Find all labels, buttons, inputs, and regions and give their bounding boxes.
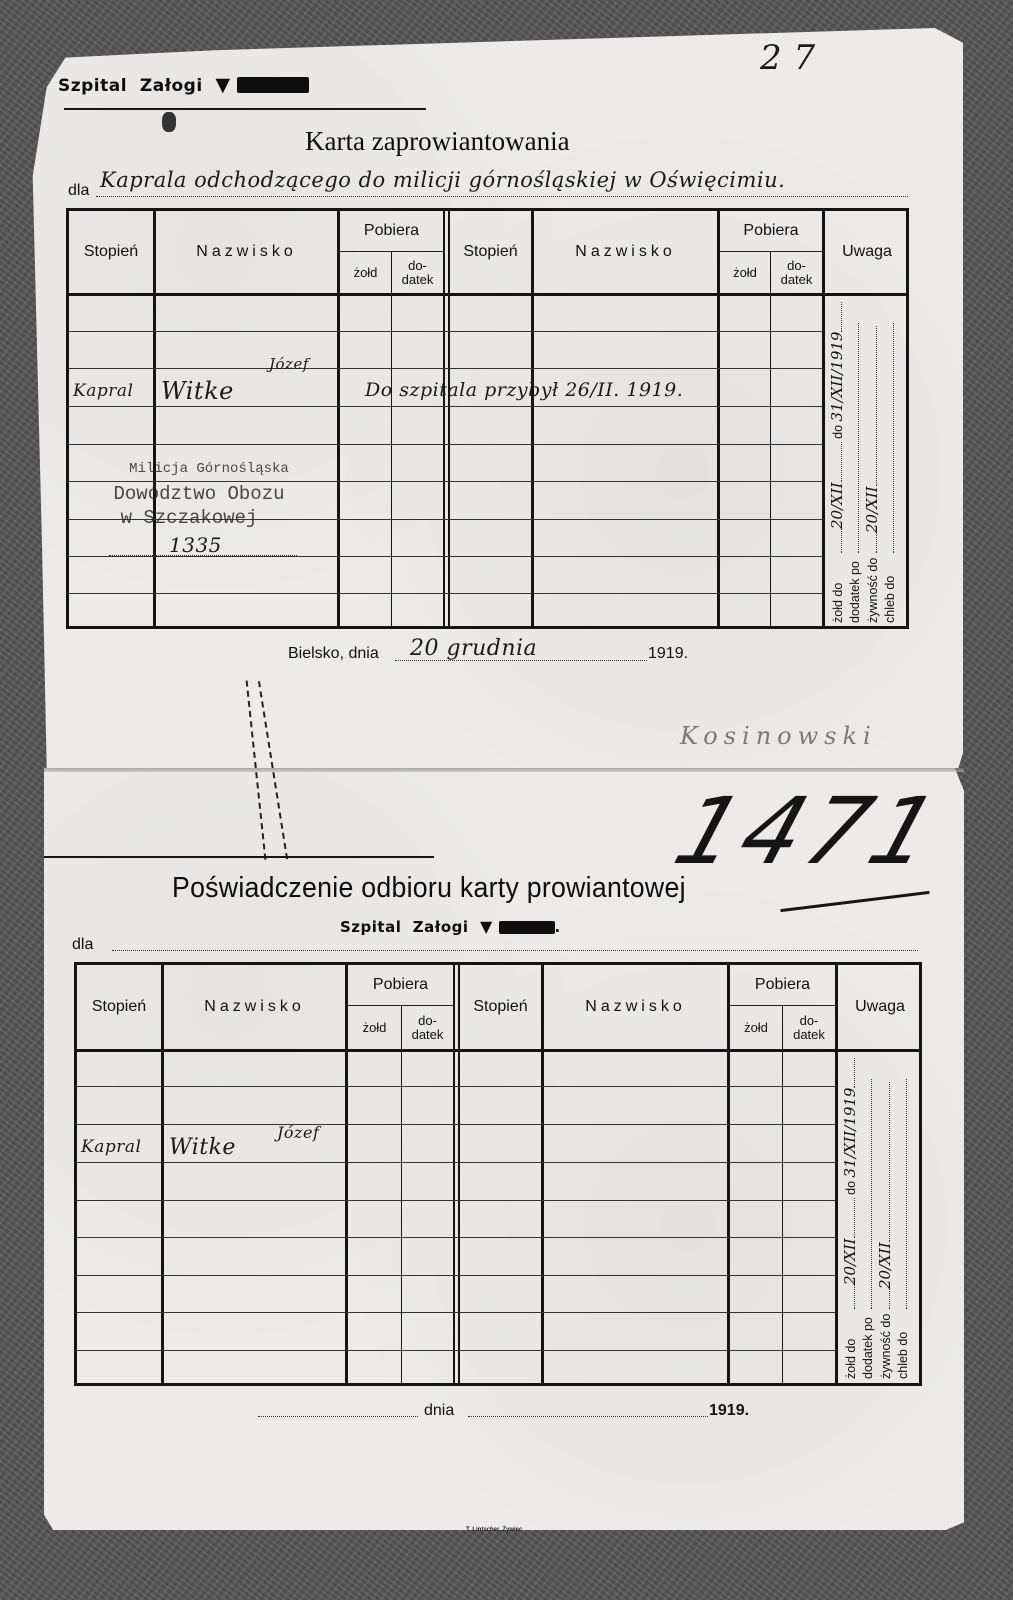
militia-stamp-line1: Milicja Górnośląska: [89, 461, 329, 477]
militia-stamp-line2: Dowództwo Obozu: [79, 483, 319, 505]
header-surname: Nazwisko: [156, 211, 337, 293]
for-field-line: [96, 196, 908, 197]
row-line: [77, 1275, 835, 1276]
remarks-supplement-label: dodatek po: [847, 553, 864, 623]
header-supplement: do- datek: [392, 252, 443, 293]
remarks-pay-value: 20/XII: [829, 482, 846, 529]
remarks-food-value: 20/XII: [864, 486, 881, 533]
row-line: [69, 481, 822, 482]
militia-stamp-number: 1335: [169, 533, 222, 557]
ink-blot: [162, 112, 176, 132]
col-divider: [782, 1005, 783, 1383]
receipt-title: Poświadczenie odbioru karty prowiantowej: [172, 872, 686, 905]
remarks-pay-label: żołd do: [843, 1309, 860, 1379]
row-line: [69, 406, 822, 407]
header-receives-2: Pobiera: [720, 211, 822, 251]
stamp-underline: [64, 108, 426, 110]
remarks-bread-label: chleb do: [895, 1309, 912, 1379]
col-divider: [770, 251, 771, 626]
entry-rank: Kapral: [73, 381, 133, 401]
row-line: [69, 444, 822, 445]
militia-stamp-line3: w Szczakowej: [89, 507, 289, 529]
card-title: Karta zaprowiantowania: [305, 126, 570, 157]
place-date-label: Bielsko, dnia: [288, 645, 379, 663]
remarks-pay-to: do: [843, 1181, 860, 1195]
row-line: [77, 1350, 835, 1351]
row-line: [77, 1237, 835, 1238]
col-divider: [391, 251, 392, 626]
receipt-top-rule: [44, 856, 434, 858]
header-rank: Stopień: [77, 965, 161, 1049]
receipt-place-field[interactable]: [258, 1416, 418, 1417]
date-value: 20 grudnia: [410, 636, 537, 661]
remarks-food-label: żywność do: [865, 553, 882, 623]
header-receives-2: Pobiera: [730, 965, 835, 1005]
header-pay-2: żołd: [730, 1006, 782, 1049]
receipt-for-label: dla: [72, 936, 93, 954]
header-remarks: Uwaga: [825, 211, 909, 293]
for-field-value: Kaprala odchodzącego do milicji górnoślą…: [100, 168, 785, 192]
remarks-pay-to-value: 31/XII/1919: [842, 1088, 859, 1178]
entry-surname: Witke: [169, 1135, 236, 1160]
row-line: [69, 368, 822, 369]
header-surname-2: Nazwisko: [544, 965, 727, 1049]
remarks-food-label: żywność do: [878, 1309, 895, 1379]
header-bottom-rule: [77, 1049, 919, 1052]
receipt-date-field[interactable]: [468, 1416, 708, 1417]
header-receives: Pobiera: [340, 211, 443, 251]
hospital-stamp: Szpital Załogi w Bielsku Szpital Załogi …: [58, 74, 309, 96]
row-line: [77, 1124, 835, 1125]
row-line: [77, 1086, 835, 1087]
header-pay-2: żołd: [720, 252, 770, 293]
remarks-bread-label: chleb do: [882, 553, 899, 623]
receipt-for-field[interactable]: [112, 950, 918, 951]
header-pay: żołd: [340, 252, 391, 293]
remarks-pay-to-value: 31/XII/1919: [829, 332, 846, 422]
header-surname-2: Nazwisko: [534, 211, 717, 293]
row-line: [69, 331, 822, 332]
remarks-note: żołd do20/XII do 31/XII/1919 dodatek po …: [829, 302, 899, 623]
row-line: [69, 593, 822, 594]
receipt-hospital-stamp: Szpital Załogi w Bielsku. Szpital Załogi…: [340, 917, 561, 936]
entry-first-name: Józef: [269, 355, 309, 373]
header-remarks: Uwaga: [838, 965, 922, 1049]
entry-note: Do szpitala przybył 26/II. 1919.: [365, 379, 683, 401]
header-surname: Nazwisko: [164, 965, 345, 1049]
header-bottom-rule: [69, 293, 906, 296]
header-rank-2: Stopień: [460, 965, 541, 1049]
entry-rank: Kapral: [81, 1137, 141, 1157]
printer-imprint: T. Lintscher, Żywiec: [466, 1527, 522, 1533]
fold-line: [44, 768, 964, 772]
entry-surname: Witke: [161, 377, 234, 405]
signature: Kosinowski: [680, 722, 877, 750]
remarks-pay-to: do: [830, 425, 847, 439]
row-line: [77, 1200, 835, 1201]
remarks-supplement-label: dodatek po: [860, 1309, 877, 1379]
header-pay: żołd: [348, 1006, 401, 1049]
row-line: [77, 1312, 835, 1313]
corner-handwritten-number: 2 7: [760, 38, 816, 78]
header-supplement-2: do- datek: [783, 1006, 835, 1049]
col-divider: [443, 211, 445, 626]
receipt-year: 1919.: [709, 1402, 749, 1420]
entry-first-name: Józef: [277, 1123, 319, 1142]
header-rank-2: Stopień: [450, 211, 531, 293]
receipt-table: Stopień Nazwisko Pobiera żołd do- datek …: [74, 962, 922, 1386]
remarks-food-value: 20/XII: [877, 1242, 894, 1289]
row-line: [77, 1162, 835, 1163]
header-supplement-2: do- datek: [771, 252, 822, 293]
header-supplement: do- datek: [402, 1006, 453, 1049]
col-divider: [453, 965, 455, 1383]
for-label: dla: [68, 182, 89, 200]
receipt-handwritten-number: 1471: [663, 778, 956, 885]
receipt-day-label: dnia: [424, 1402, 454, 1420]
col-divider: [401, 1005, 402, 1383]
remarks-pay-value: 20/XII: [842, 1238, 859, 1285]
header-receives: Pobiera: [348, 965, 453, 1005]
header-rank: Stopień: [69, 211, 153, 293]
remarks-pay-label: żołd do: [830, 553, 847, 623]
remarks-note: żołd do20/XII do 31/XII/1919 dodatek po …: [842, 1058, 912, 1379]
date-year: 1919.: [648, 645, 688, 663]
provision-card-table: Stopień Nazwisko Pobiera żołd do- datek …: [66, 208, 909, 629]
